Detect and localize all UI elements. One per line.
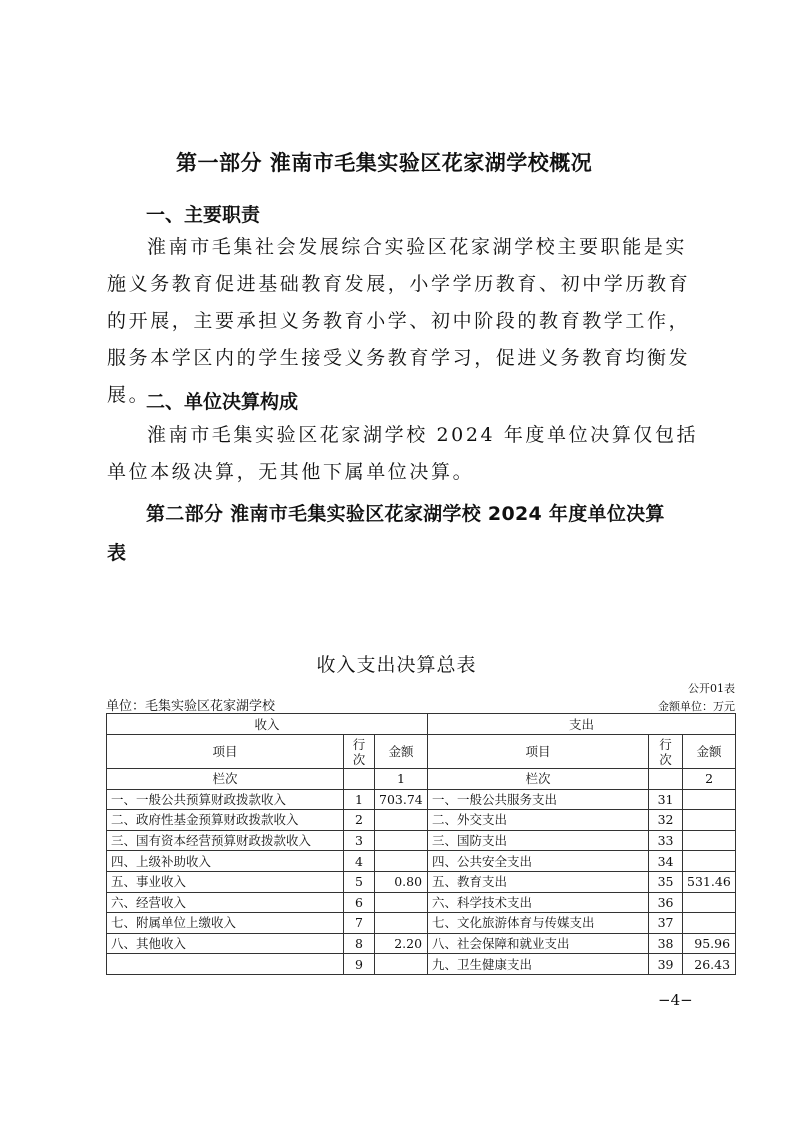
income-col-amount: 金额 <box>375 735 428 769</box>
table-row: 八、其他收入 8 2.20 八、社会保障和就业支出 38 95.96 <box>107 933 736 954</box>
income-lanci-value: 1 <box>375 769 428 790</box>
income-amount: 2.20 <box>375 933 428 954</box>
expense-item: 五、教育支出 <box>428 871 649 892</box>
section1-heading: 一、主要职责 <box>146 200 260 227</box>
part2-title: 第二部分 淮南市毛集实验区花家湖学校 2024 年度单位决算 <box>146 499 665 526</box>
income-amount <box>375 954 428 975</box>
table-row: 二、政府性基金预算财政拨款收入 2 二、外交支出 32 <box>107 810 736 831</box>
page-number: −4− <box>658 991 693 1009</box>
income-item: 七、附属单位上缴收入 <box>107 913 344 934</box>
income-row-no: 1 <box>344 789 375 810</box>
expense-col-amount: 金额 <box>683 735 736 769</box>
expense-amount <box>683 789 736 810</box>
income-amount <box>375 851 428 872</box>
expense-col-item: 项目 <box>428 735 649 769</box>
expense-col-row-no: 行次 <box>649 735 683 769</box>
income-row-no: 5 <box>344 871 375 892</box>
expense-lanci-value: 2 <box>683 769 736 790</box>
expense-amount <box>683 851 736 872</box>
expense-amount <box>683 830 736 851</box>
expense-item: 六、科学技术支出 <box>428 892 649 913</box>
table-row: 9 九、卫生健康支出 39 26.43 <box>107 954 736 975</box>
table-row: 四、上级补助收入 4 四、公共安全支出 34 <box>107 851 736 872</box>
expense-amount: 26.43 <box>683 954 736 975</box>
income-row-no: 4 <box>344 851 375 872</box>
expense-row-no: 39 <box>649 954 683 975</box>
table-row: 三、国有资本经营预算财政拨款收入 3 三、国防支出 33 <box>107 830 736 851</box>
income-item: 二、政府性基金预算财政拨款收入 <box>107 810 344 831</box>
income-lanci-blank <box>344 769 375 790</box>
income-item: 八、其他收入 <box>107 933 344 954</box>
amount-unit: 金额单位：万元 <box>658 698 735 714</box>
expense-row-no: 38 <box>649 933 683 954</box>
table-row: 一、一般公共预算财政拨款收入 1 703.74 一、一般公共服务支出 31 <box>107 789 736 810</box>
part1-title: 第一部分 淮南市毛集实验区花家湖学校概况 <box>176 147 592 177</box>
expense-row-no: 35 <box>649 871 683 892</box>
expense-item: 一、一般公共服务支出 <box>428 789 649 810</box>
income-expense-table: 收入 支出 项目 行次 金额 项目 行次 金额 栏次 1 栏次 2 一、一般公共… <box>106 713 736 975</box>
form-code: 公开01表 <box>688 680 735 696</box>
income-item <box>107 954 344 975</box>
income-amount <box>375 830 428 851</box>
table-row: 六、经营收入 6 六、科学技术支出 36 <box>107 892 736 913</box>
income-item: 三、国有资本经营预算财政拨款收入 <box>107 830 344 851</box>
income-row-no: 6 <box>344 892 375 913</box>
income-row-no: 8 <box>344 933 375 954</box>
expense-amount <box>683 892 736 913</box>
income-header: 收入 <box>107 714 428 735</box>
expense-lanci-blank <box>649 769 683 790</box>
expense-row-no: 31 <box>649 789 683 810</box>
expense-item: 八、社会保障和就业支出 <box>428 933 649 954</box>
expense-amount: 531.46 <box>683 871 736 892</box>
expense-item: 九、卫生健康支出 <box>428 954 649 975</box>
income-amount <box>375 913 428 934</box>
expense-amount <box>683 913 736 934</box>
table-row: 七、附属单位上缴收入 7 七、文化旅游体育与传媒支出 37 <box>107 913 736 934</box>
expense-item: 三、国防支出 <box>428 830 649 851</box>
section2-heading: 二、单位决算构成 <box>146 387 298 414</box>
income-amount <box>375 810 428 831</box>
expense-row-no: 32 <box>649 810 683 831</box>
income-amount: 703.74 <box>375 789 428 810</box>
table-row: 五、事业收入 5 0.80 五、教育支出 35 531.46 <box>107 871 736 892</box>
income-amount <box>375 892 428 913</box>
unit-label: 单位：毛集实验区花家湖学校 <box>106 695 275 714</box>
expense-lanci-label: 栏次 <box>428 769 649 790</box>
income-amount: 0.80 <box>375 871 428 892</box>
expense-row-no: 33 <box>649 830 683 851</box>
expense-item: 七、文化旅游体育与传媒支出 <box>428 913 649 934</box>
expense-row-no: 34 <box>649 851 683 872</box>
income-col-row-no: 行次 <box>344 735 375 769</box>
table-group-header: 收入 支出 <box>107 714 736 735</box>
income-item: 六、经营收入 <box>107 892 344 913</box>
income-col-item: 项目 <box>107 735 344 769</box>
table-title: 收入支出决算总表 <box>0 650 793 677</box>
expense-item: 二、外交支出 <box>428 810 649 831</box>
section2-paragraph: 淮南市毛集实验区花家湖学校 2024 年度单位决算仅包括单位本级决算，无其他下属… <box>107 417 707 491</box>
part2-title-continued: 表 <box>107 538 126 565</box>
expense-item: 四、公共安全支出 <box>428 851 649 872</box>
income-lanci-label: 栏次 <box>107 769 344 790</box>
income-row-no: 2 <box>344 810 375 831</box>
income-row-no: 3 <box>344 830 375 851</box>
expense-amount: 95.96 <box>683 933 736 954</box>
income-row-no: 7 <box>344 913 375 934</box>
income-row-no: 9 <box>344 954 375 975</box>
expense-amount <box>683 810 736 831</box>
table-lanci-row: 栏次 1 栏次 2 <box>107 769 736 790</box>
expense-header: 支出 <box>428 714 736 735</box>
income-item: 一、一般公共预算财政拨款收入 <box>107 789 344 810</box>
income-item: 四、上级补助收入 <box>107 851 344 872</box>
expense-row-no: 36 <box>649 892 683 913</box>
income-item: 五、事业收入 <box>107 871 344 892</box>
table-column-header: 项目 行次 金额 项目 行次 金额 <box>107 735 736 769</box>
expense-row-no: 37 <box>649 913 683 934</box>
